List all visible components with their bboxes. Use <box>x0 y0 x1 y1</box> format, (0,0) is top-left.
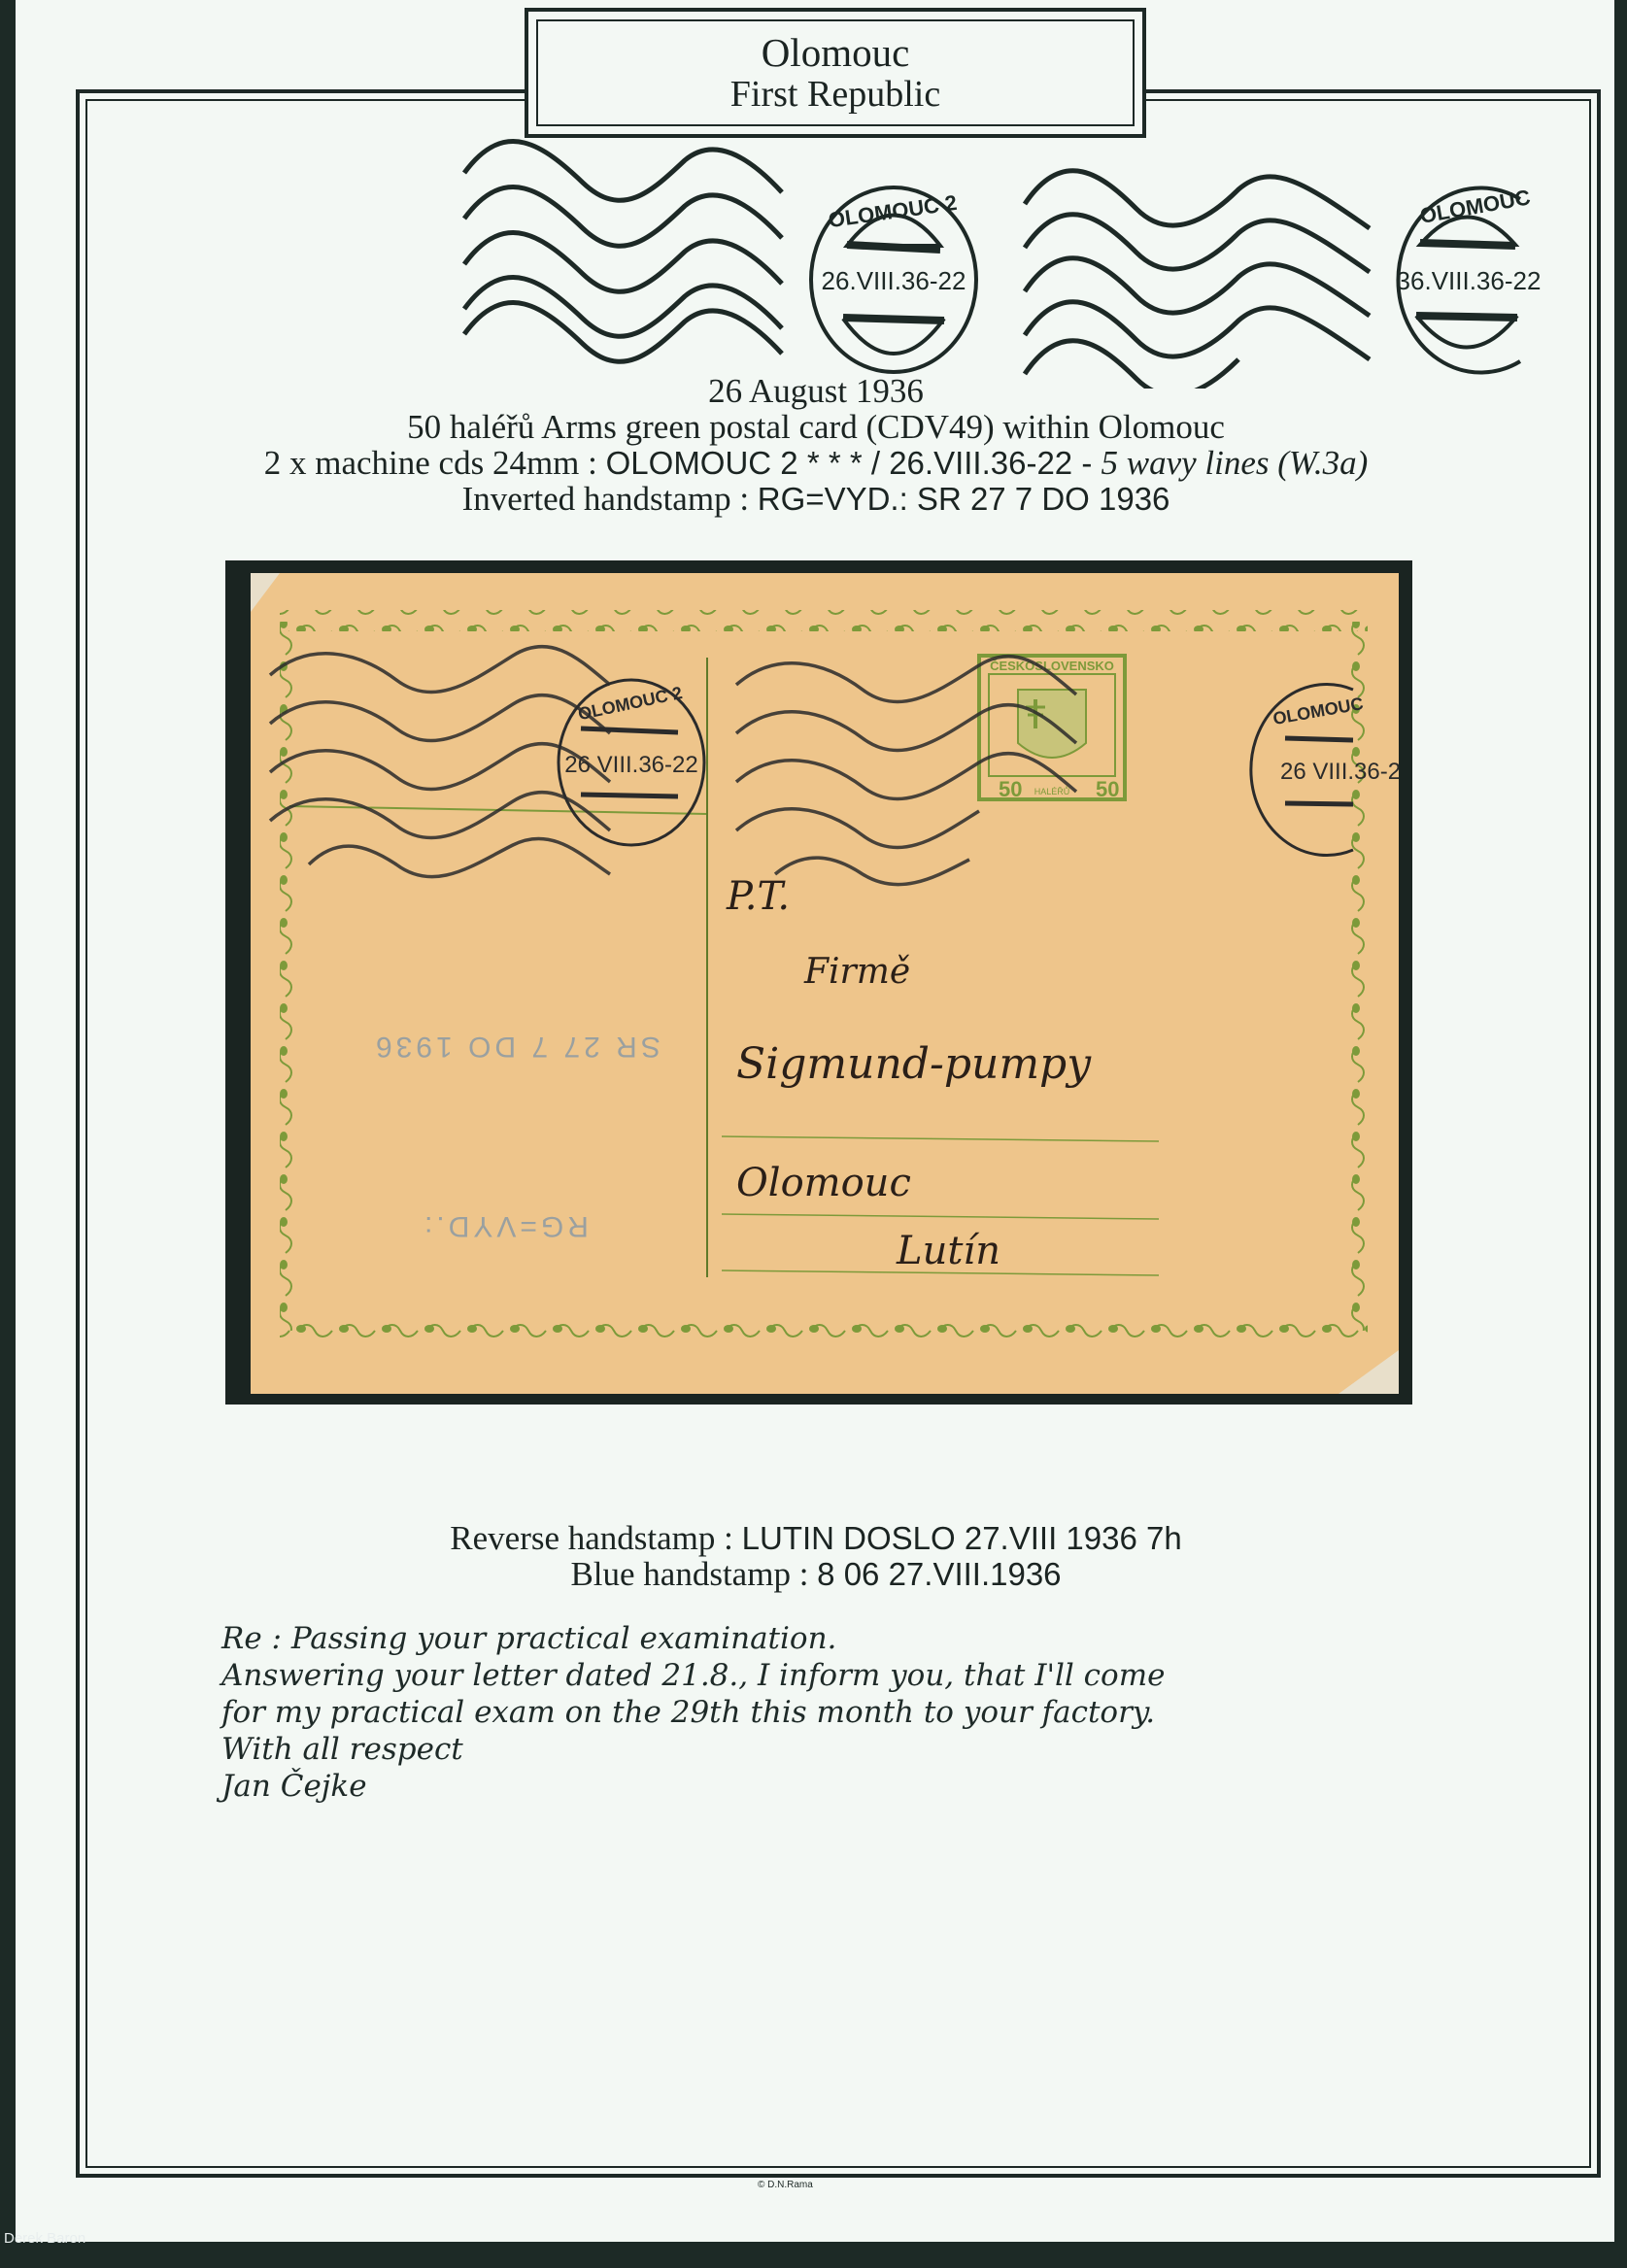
inverted-handstamp-rg: RG=VYD.: <box>421 1209 589 1242</box>
letter-line: for my practical exam on the 29th this m… <box>221 1694 1426 1731</box>
svg-text:OLOMOUC 2: OLOMOUC 2 <box>576 683 684 724</box>
copyright: © D.N.Rama <box>758 2180 813 2190</box>
address-line-1: P.T. <box>727 874 790 919</box>
svg-text:50: 50 <box>999 777 1022 801</box>
card-cds-left: 26 VIII.36-22 OLOMOUC 2 <box>559 680 704 845</box>
letter-line: Jan Čejke <box>221 1768 1426 1805</box>
svg-text:ČESKOSLOVENSKO: ČESKOSLOVENSKO <box>990 659 1114 673</box>
card-cds-right: 26 VIII.36-22 OLOMOUC <box>1251 685 1399 856</box>
reverse-description: Reverse handstamp : LUTIN DOSLO 27.VIII … <box>136 1520 1496 1592</box>
watermark: Derek Baron <box>4 2230 85 2247</box>
svg-text:26 VIII.36-22: 26 VIII.36-22 <box>564 752 697 778</box>
letter-line: With all respect <box>221 1731 1426 1768</box>
address-line-3: Sigmund-pumpy <box>736 1039 1091 1089</box>
item-description: 26 August 1936 50 haléřů Arms green post… <box>136 373 1496 517</box>
address-line-2: Firmě <box>804 952 910 992</box>
cds-description: 2 x machine cds 24mm : OLOMOUC 2 * * * /… <box>136 445 1496 481</box>
svg-text:26.VIII.36-22: 26.VIII.36-22 <box>822 266 966 295</box>
svg-text:OLOMOUC: OLOMOUC <box>1418 185 1533 228</box>
address-line-5: Lutín <box>897 1229 1000 1273</box>
address-line-4: Olomouc <box>736 1161 911 1205</box>
svg-text:HALÉŘŮ: HALÉŘŮ <box>1034 786 1070 796</box>
letter-line: Answering your letter dated 21.8., I inf… <box>221 1657 1426 1694</box>
svg-text:OLOMOUC 2: OLOMOUC 2 <box>827 190 958 232</box>
svg-text:50: 50 <box>1096 777 1119 801</box>
card-description: 50 haléřů Arms green postal card (CDV49)… <box>136 409 1496 445</box>
postcard: ČESKOSLOVENSKO 50 50 HALÉŘŮ 26 VIII.36-2… <box>251 573 1399 1394</box>
cds-right: 36.VIII.36-22 OLOMOUC <box>1397 185 1542 372</box>
illustrated-postmarks: 26.VIII.36-22 OLOMOUC 2 36.VIII.36-22 OL… <box>0 0 1627 389</box>
cds-left: 26.VIII.36-22 OLOMOUC 2 <box>811 187 976 372</box>
reverse-handstamp: Reverse handstamp : LUTIN DOSLO 27.VIII … <box>136 1520 1496 1556</box>
inverted-handstamp-description: Inverted handstamp : RG=VYD.: SR 27 7 DO… <box>136 481 1496 517</box>
letter-translation: Re : Passing your practical examination.… <box>221 1620 1426 1805</box>
blue-handstamp: Blue handstamp : 8 06 27.VIII.1936 <box>136 1556 1496 1592</box>
imprinted-stamp: ČESKOSLOVENSKO 50 50 HALÉŘŮ <box>979 656 1125 801</box>
svg-text:26 VIII.36-22: 26 VIII.36-22 <box>1280 759 1399 785</box>
date-line: 26 August 1936 <box>136 373 1496 409</box>
wavy-lines-right <box>1025 171 1370 389</box>
wavy-lines-left <box>464 142 782 362</box>
letter-line: Re : Passing your practical examination. <box>221 1620 1426 1657</box>
svg-text:36.VIII.36-22: 36.VIII.36-22 <box>1397 266 1542 295</box>
scan-background <box>0 2242 1627 2268</box>
inverted-handstamp-date: SR 27 7 DO 1936 <box>372 1030 661 1063</box>
